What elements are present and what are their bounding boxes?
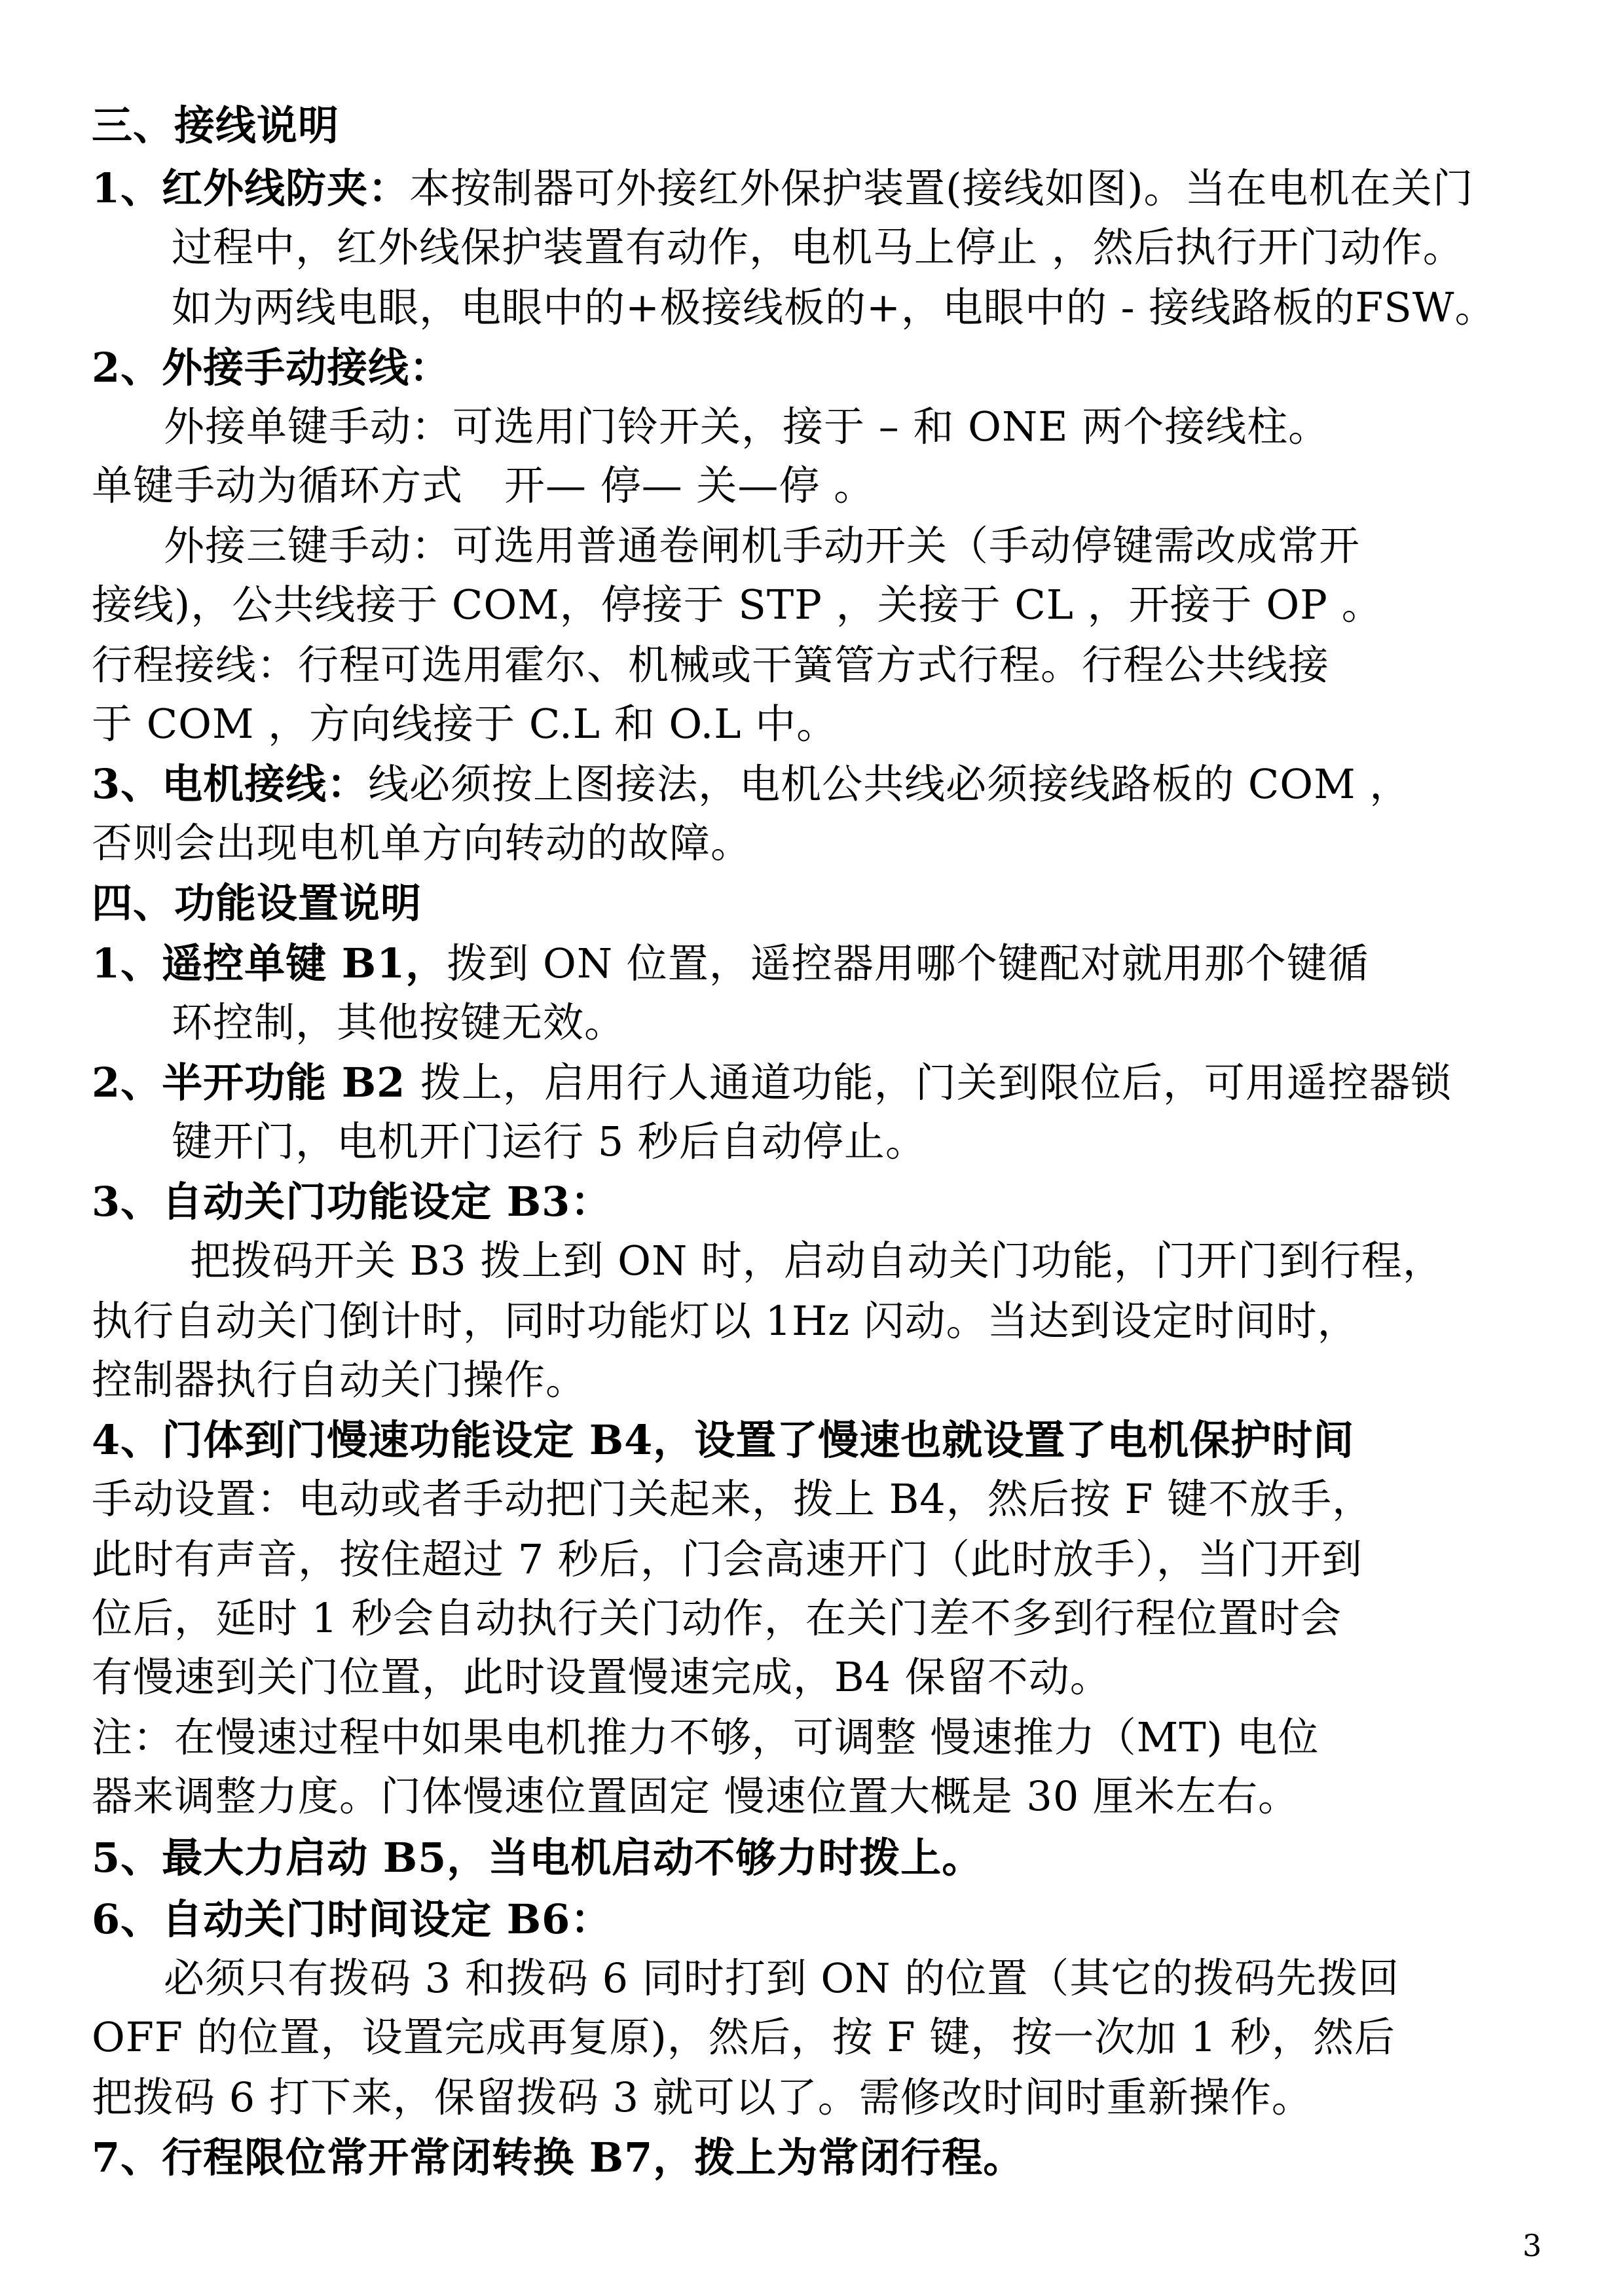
item-manual-title: 2、外接手动接线：: [92, 338, 1545, 398]
item-b2-line-2: 键开门，电机开门运行 5 秒后自动停止。: [172, 1112, 1624, 1172]
page-number: 3: [1522, 2226, 1541, 2265]
item-manual-line-1: 外接单键手动：可选用门铃开关，接于 – 和 ONE 两个接线柱。: [164, 397, 1617, 457]
item-b6-line-2: OFF 的位置，设置完成再复原)，然后，按 F 键，按一次加 1 秒，然后: [92, 2007, 1545, 2068]
item-motor-line-1: 3、电机接线：线必须按上图接法，电机公共线必须接线路板的 COM ，: [92, 754, 1545, 814]
item-b6-title: 6、自动关门时间设定 B6：: [92, 1889, 1545, 1950]
item-title: 3、电机接线：: [92, 760, 368, 808]
item-b3-line-2: 执行自动关门倒计时，同时功能灯以 1Hz 闪动。当达到设定时间时，: [92, 1291, 1545, 1351]
item-b4-note-line-1: 注：在慢速过程中如果电机推力不够，可调整 慢速推力（MT) 电位: [92, 1707, 1545, 1768]
item-manual-line-4: 接线)，公共线接于 COM，停接于 STP ，关接于 CL ，开接于 OP 。: [92, 575, 1545, 635]
item-motor-line-2: 否则会出现电机单方向转动的故障。: [92, 813, 1545, 873]
item-title: 2、半开功能 B2: [92, 1059, 420, 1106]
item-b4-line-3: 位后，延时 1 秒会自动执行关门动作，在关门差不多到行程位置时会: [92, 1588, 1545, 1649]
item-title: 1、红外线防夹：: [92, 164, 409, 212]
document-page: 三、接线说明 1、红外线防夹：本按制器可外接红外保护装置(接线如图)。当在电机在…: [0, 0, 1624, 2296]
item-infrared-line-2: 过程中，红外线保护装置有动作，电机马上停止 ，然后执行开门动作。: [172, 217, 1624, 278]
item-text: 线必须按上图接法，电机公共线必须接线路板的 COM ，: [368, 760, 1411, 808]
item-b5: 5、最大力启动 B5，当电机启动不够力时拨上。: [92, 1828, 1545, 1888]
item-b3-line-3: 控制器执行自动关门操作。: [92, 1350, 1545, 1410]
item-manual-line-2: 单键手动为循环方式 开— 停— 关—停 。: [92, 456, 1545, 516]
item-infrared-line-1: 1、红外线防夹：本按制器可外接红外保护装置(接线如图)。当在电机在关门: [92, 158, 1545, 219]
item-b4-line-2: 此时有声音，按住超过 7 秒后，门会高速开门（此时放手），当门开到: [92, 1529, 1545, 1590]
item-infrared-line-3: 如为两线电眼，电眼中的+极接线板的+，电眼中的 - 接线路板的FSW。: [172, 278, 1624, 338]
item-b1-line-2: 环控制，其他按键无效。: [172, 993, 1624, 1053]
item-b6-line-1: 必须只有拨码 3 和拨码 6 同时打到 ON 的位置（其它的拨码先拨回: [164, 1948, 1617, 2009]
item-text: 拨到 ON 位置，遥控器用哪个键配对就用那个键循: [447, 939, 1369, 987]
item-b7: 7、行程限位常开常闭转换 B7，拨上为常闭行程。: [92, 2128, 1545, 2188]
item-manual-line-5: 行程接线：行程可选用霍尔、机械或干簧管方式行程。行程公共线接: [92, 635, 1545, 695]
section-heading-wiring: 三、接线说明: [92, 96, 1545, 156]
item-b3-line-1: 把拨码开关 B3 拨上到 ON 时，启动自动关门功能，门开门到行程，: [190, 1231, 1624, 1291]
item-manual-line-3: 外接三键手动：可选用普通卷闸机手动开关（手动停键需改成常开: [164, 516, 1617, 576]
section-heading-functions: 四、功能设置说明: [92, 873, 1545, 934]
item-b4-line-1: 手动设置：电动或者手动把门关起来，拨上 B4，然后按 F 键不放手，: [92, 1469, 1545, 1529]
item-text: 本按制器可外接红外保护装置(接线如图)。当在电机在关门: [409, 164, 1473, 212]
item-b4-line-4: 有慢速到关门位置，此时设置慢速完成，B4 保留不动。: [92, 1647, 1545, 1707]
item-manual-line-6: 于 COM ，方向线接于 C.L 和 O.L 中。: [92, 694, 1545, 754]
item-b3-title: 3、自动关门功能设定 B3：: [92, 1172, 1545, 1232]
item-b4-title: 4、门体到门慢速功能设定 B4，设置了慢速也就设置了电机保护时间: [92, 1410, 1545, 1470]
item-title: 1、遥控单键 B1，: [92, 939, 447, 987]
item-text: 拨上，启用行人通道功能，门关到限位后，可用遥控器锁: [420, 1059, 1452, 1106]
item-b2-line-1: 2、半开功能 B2 拨上，启用行人通道功能，门关到限位后，可用遥控器锁: [92, 1053, 1545, 1113]
item-b4-note-line-2: 器来调整力度。门体慢速位置固定 慢速位置大概是 30 厘米左右。: [92, 1766, 1545, 1827]
item-b6-line-3: 把拨码 6 打下来，保留拨码 3 就可以了。需修改时间时重新操作。: [92, 2068, 1545, 2128]
item-b1-line-1: 1、遥控单键 B1，拨到 ON 位置，遥控器用哪个键配对就用那个键循: [92, 934, 1545, 994]
